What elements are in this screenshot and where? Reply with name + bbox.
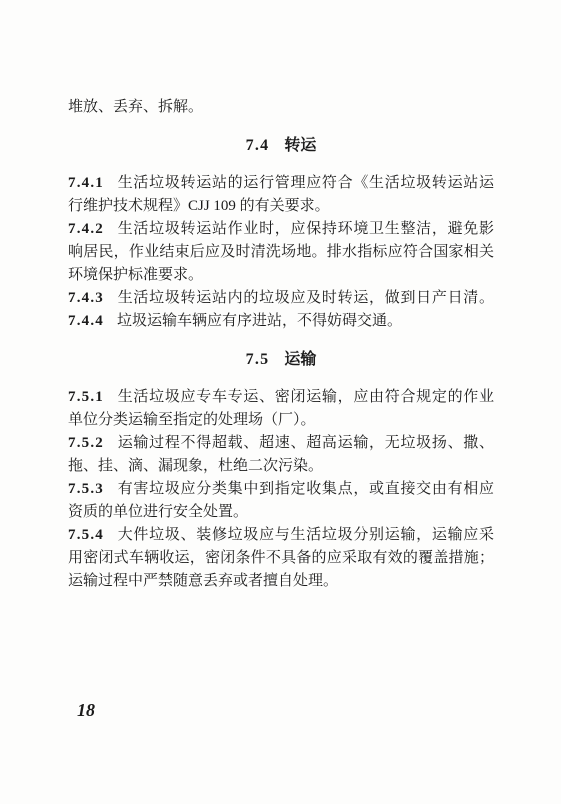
clause-7-5-1: 7.5.1生活垃圾应专车专运、密闭运输，应由符合规定的作业 单位分类运输至指定的… bbox=[68, 386, 494, 432]
clause-line: 拖、挂、滴、漏现象，杜绝二次污染。 bbox=[68, 455, 494, 478]
document-page: 堆放、丢弃、拆解。 7.4转运 7.4.1生活垃圾转运站的运行管理应符合《生活垃… bbox=[0, 0, 561, 804]
clause-line: 7.4.1生活垃圾转运站的运行管理应符合《生活垃圾转运站运 bbox=[68, 172, 494, 195]
clause-line: 7.5.1生活垃圾应专车专运、密闭运输，应由符合规定的作业 bbox=[68, 386, 494, 409]
clause-number: 7.4.2 bbox=[68, 221, 104, 237]
clause-number: 7.5.4 bbox=[68, 527, 104, 543]
clause-text: 垃圾运输车辆应有序进站，不得妨碍交通。 bbox=[117, 313, 402, 329]
clause-7-4-2: 7.4.2生活垃圾转运站作业时，应保持环境卫生整洁，避免影 响居民，作业结束后应… bbox=[68, 218, 494, 287]
clause-line: 运输过程中严禁随意丢弃或者擅自处理。 bbox=[68, 570, 494, 593]
clause-number: 7.5.2 bbox=[68, 435, 104, 451]
clause-line: 7.4.4垃圾运输车辆应有序进站，不得妨碍交通。 bbox=[68, 310, 494, 333]
clause-text: 生活垃圾应专车专运、密闭运输，应由符合规定的作业 bbox=[117, 389, 494, 405]
clause-7-4-4: 7.4.4垃圾运输车辆应有序进站，不得妨碍交通。 bbox=[68, 310, 494, 333]
section-title: 运输 bbox=[284, 351, 316, 368]
section-heading-7-5: 7.5运输 bbox=[68, 348, 494, 371]
clause-line: 单位分类运输至指定的处理场（厂）。 bbox=[68, 409, 494, 432]
clause-line: 7.5.4大件垃圾、装修垃圾应与生活垃圾分别运输，运输应采 bbox=[68, 524, 494, 547]
clause-7-4-1: 7.4.1生活垃圾转运站的运行管理应符合《生活垃圾转运站运 行维护技术规程》CJ… bbox=[68, 172, 494, 218]
clause-text: 生活垃圾转运站内的垃圾应及时转运，做到日产日清。 bbox=[117, 290, 494, 306]
paragraph-line: 堆放、丢弃、拆解。 bbox=[68, 96, 494, 119]
clause-text: 生活垃圾转运站作业时，应保持环境卫生整洁，避免影 bbox=[117, 221, 494, 237]
clause-line: 7.4.3生活垃圾转运站内的垃圾应及时转运，做到日产日清。 bbox=[68, 287, 494, 310]
clause-line: 用密闭式车辆收运，密闭条件不具备的应采取有效的覆盖措施； bbox=[68, 547, 494, 570]
clause-line: 7.5.2运输过程不得超载、超速、超高运输，无垃圾扬、撒、 bbox=[68, 432, 494, 455]
section-number: 7.4 bbox=[246, 137, 270, 154]
paragraph-continuation: 堆放、丢弃、拆解。 bbox=[68, 96, 494, 119]
clause-line: 响居民，作业结束后应及时清洗场地。排水指标应符合国家相关 bbox=[68, 241, 494, 264]
clause-text: 生活垃圾转运站的运行管理应符合《生活垃圾转运站运 bbox=[117, 175, 494, 191]
clause-number: 7.4.1 bbox=[68, 175, 104, 191]
clause-text: 运输过程不得超载、超速、超高运输，无垃圾扬、撒、 bbox=[117, 435, 494, 451]
page-content: 堆放、丢弃、拆解。 7.4转运 7.4.1生活垃圾转运站的运行管理应符合《生活垃… bbox=[68, 96, 494, 593]
clause-text: 有害垃圾应分类集中到指定收集点，或直接交由有相应 bbox=[117, 481, 494, 497]
clause-number: 7.4.3 bbox=[68, 290, 104, 306]
clause-number: 7.5.3 bbox=[68, 481, 104, 497]
clause-line: 环境保护标准要求。 bbox=[68, 264, 494, 287]
clause-text: 大件垃圾、装修垃圾应与生活垃圾分别运输，运输应采 bbox=[117, 527, 494, 543]
section-heading-7-4: 7.4转运 bbox=[68, 134, 494, 157]
clause-line: 7.4.2生活垃圾转运站作业时，应保持环境卫生整洁，避免影 bbox=[68, 218, 494, 241]
clause-7-5-4: 7.5.4大件垃圾、装修垃圾应与生活垃圾分别运输，运输应采 用密闭式车辆收运，密… bbox=[68, 524, 494, 593]
clause-number: 7.5.1 bbox=[68, 389, 104, 405]
section-number: 7.5 bbox=[246, 351, 270, 368]
clause-7-4-3: 7.4.3生活垃圾转运站内的垃圾应及时转运，做到日产日清。 bbox=[68, 287, 494, 310]
clause-line: 行维护技术规程》CJJ 109 的有关要求。 bbox=[68, 195, 494, 218]
clause-line: 资质的单位进行安全处置。 bbox=[68, 501, 494, 524]
clause-number: 7.4.4 bbox=[68, 313, 104, 329]
clause-line: 7.5.3有害垃圾应分类集中到指定收集点，或直接交由有相应 bbox=[68, 478, 494, 501]
section-title: 转运 bbox=[284, 137, 316, 154]
clause-7-5-2: 7.5.2运输过程不得超载、超速、超高运输，无垃圾扬、撒、 拖、挂、滴、漏现象，… bbox=[68, 432, 494, 478]
page-number: 18 bbox=[77, 700, 95, 721]
clause-7-5-3: 7.5.3有害垃圾应分类集中到指定收集点，或直接交由有相应 资质的单位进行安全处… bbox=[68, 478, 494, 524]
